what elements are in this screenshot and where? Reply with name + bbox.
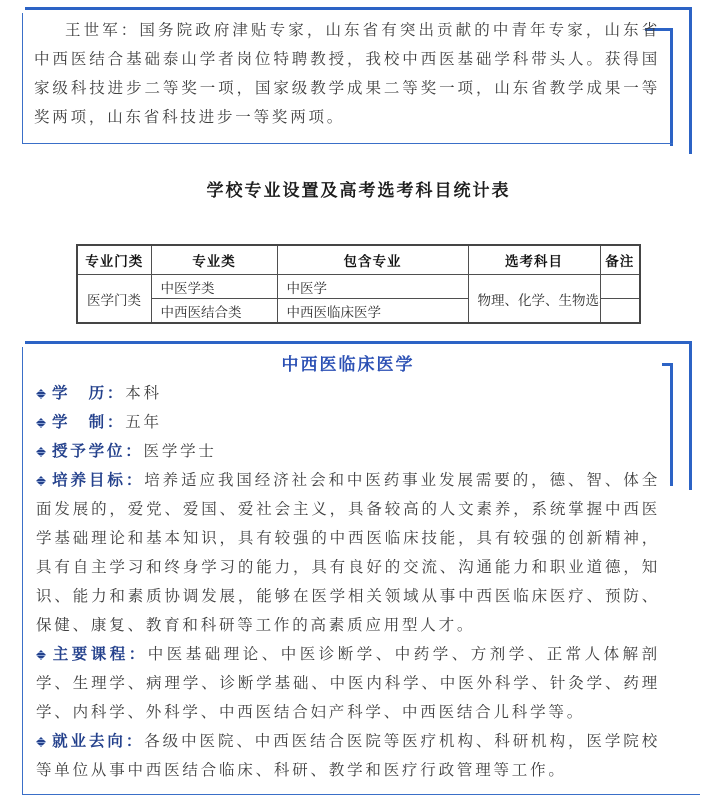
expert-intro-box: 王世军：国务院政府津贴专家，山东省有突出贡献的中青年专家，山东省中西医结合基础泰… <box>22 13 673 144</box>
major-box-top-accent-line <box>25 341 692 344</box>
item-label: 就业去向： <box>52 733 144 750</box>
intro-box-right-accent-bar <box>689 7 692 154</box>
major-item: 主要课程：中医基础理论、中医诊断学、中药学、方剂学、正常人体解剖学、生理学、病理… <box>36 640 660 727</box>
cell-exam-subjects: 物理、化学、生物选其一 <box>468 275 600 324</box>
major-item: 授予学位：医学学士 <box>36 437 660 466</box>
table-title: 学校专业设置及高考选考科目统计表 <box>0 176 717 201</box>
expert-intro-text: 王世军：国务院政府津贴专家，山东省有突出贡献的中青年专家，山东省中西医结合基础泰… <box>34 16 660 132</box>
table-header-row: 专业门类 专业类 包含专业 选考科目 备注 <box>77 245 640 275</box>
major-title: 中西医临床医学 <box>36 350 660 379</box>
item-value: 五年 <box>125 414 162 431</box>
subject-table: 专业门类 专业类 包含专业 选考科目 备注 医学门类 中医学类 中医学 物理、化… <box>76 244 641 324</box>
intro-box-top-accent-line <box>25 7 692 10</box>
item-value: 本科 <box>125 385 162 402</box>
major-item: 学 制：五年 <box>36 408 660 437</box>
col-header-exam-subjects: 选考科目 <box>468 245 600 275</box>
item-label: 培养目标： <box>52 472 144 489</box>
item-value: 医学学士 <box>144 443 217 460</box>
item-value: 培养适应我国经济社会和中医药事业发展需要的，德、智、体全面发展的，爱党、爱国、爱… <box>36 472 660 634</box>
col-header-note: 备注 <box>600 245 640 275</box>
page: 王世军：国务院政府津贴专家，山东省有突出贡献的中青年专家，山东省中西医结合基础泰… <box>0 0 717 805</box>
col-header-majors: 包含专业 <box>277 245 468 275</box>
subject-table-wrap: 专业门类 专业类 包含专业 选考科目 备注 医学门类 中医学类 中医学 物理、化… <box>76 244 641 324</box>
item-label: 授予学位： <box>52 443 144 460</box>
cell-major-class: 中西医结合类 <box>151 299 277 324</box>
cell-major-class: 中医学类 <box>151 275 277 299</box>
item-label: 学 历： <box>52 385 125 402</box>
table-row: 医学门类 中医学类 中医学 物理、化学、生物选其一 <box>77 275 640 299</box>
diamond-bullet-icon <box>36 737 46 747</box>
major-detail-box: 中西医临床医学 学 历：本科学 制：五年授予学位：医学学士培养目标：培养适应我国… <box>22 347 700 795</box>
major-item: 学 历：本科 <box>36 379 660 408</box>
cell-category: 医学门类 <box>77 275 151 324</box>
col-header-major-class: 专业类 <box>151 245 277 275</box>
major-item: 就业去向：各级中医院、中西医结合医院等医疗机构、科研机构，医学院校等单位从事中西… <box>36 727 660 785</box>
diamond-bullet-icon <box>36 476 46 486</box>
major-items: 学 历：本科学 制：五年授予学位：医学学士培养目标：培养适应我国经济社会和中医药… <box>36 379 660 785</box>
major-item: 培养目标：培养适应我国经济社会和中医药事业发展需要的，德、智、体全面发展的，爱党… <box>36 466 660 640</box>
diamond-bullet-icon <box>36 389 46 399</box>
diamond-bullet-icon <box>36 447 46 457</box>
cell-note <box>600 299 640 324</box>
cell-note <box>600 275 640 299</box>
item-label: 学 制： <box>52 414 125 431</box>
diamond-bullet-icon <box>36 650 46 660</box>
cell-majors: 中西医临床医学 <box>277 299 468 324</box>
diamond-bullet-icon <box>36 418 46 428</box>
col-header-category: 专业门类 <box>77 245 151 275</box>
cell-majors: 中医学 <box>277 275 468 299</box>
item-label: 主要课程： <box>52 646 148 663</box>
